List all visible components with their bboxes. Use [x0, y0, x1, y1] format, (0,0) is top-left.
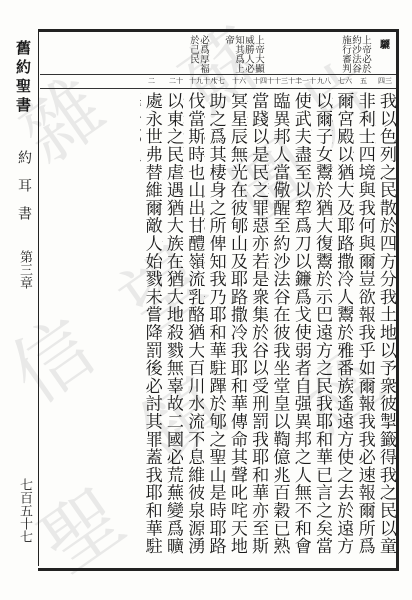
verse-marker: 十九十八	[189, 78, 217, 85]
header-note-line: 上帝大顯	[253, 35, 263, 79]
text-column: 爾宮殿以猶大及耶路撒冷人鬻於雅番族遙遠方使之去於遠方我必使之旋歸報爾所爲	[332, 92, 353, 562]
header-notes: 驪 上帝必於 約沙法谷 施行審判 上帝大顯 威勝人必 知其爲上 帝 必爲厚福 於…	[40, 32, 394, 76]
header-note: 必爲厚福 於己民	[188, 35, 208, 79]
verse-marker: 二十	[169, 78, 183, 85]
text-column: 臨異邦人當儆醒至約沙法谷在彼我坐堂皇以鞫億兆百穀已熟當刈以鐮酒醡已盈巨盎將溢	[268, 92, 289, 562]
text-column: 冥星辰無光在彼郇山及耶路撒冷我耶和華傳命其聲叱咤天地震動維彼選民以色列族我輔	[226, 92, 247, 562]
header-note-line: 威勝人必	[243, 35, 253, 79]
text-column: 我以色列之民散於四方分我土地以予衆彼掣籤得我之民以童易妓以女易酒	[375, 92, 396, 562]
verse-marker: 七六	[338, 78, 352, 85]
header-note-line: 上帝必於	[360, 35, 370, 79]
header-note: 上帝必於 約沙法谷 施行審判	[340, 35, 370, 79]
verse-marker: 十六	[232, 78, 246, 85]
verse-marker: 九八	[317, 78, 331, 85]
verse-marker: 五	[360, 78, 367, 85]
header-note-line: 必爲厚福	[198, 35, 208, 79]
header-note-line: 知其爲上	[233, 35, 243, 79]
chapter-label: 第三章	[12, 250, 34, 289]
text-column: 使武夫盡至以犂爲刀以鐮爲戈使弱者自强異邦之人無不和會其至甚速耶和華之武士亦必偕	[290, 92, 311, 562]
book-name: 約耳書	[12, 150, 34, 234]
header-note: 上帝大顯 威勝人必 知其爲上 帝	[223, 35, 263, 79]
verse-marker: 二	[148, 78, 155, 85]
text-column: 以東之民虐遇猶大族在猶大地殺戮無辜故二國必荒蕪變爲曠野惟猶大及耶路撒冷有民居	[162, 92, 183, 562]
header-note-line: 施行審判	[340, 35, 350, 79]
header-note-line: 約沙法谷	[350, 35, 360, 79]
text-column: 助之爲其棲身之所俾知我乃耶和華駐蹕於郇之聖山是時耶路撒冷必爲聖邑異邦人不復侵	[204, 92, 225, 562]
header-note-line: 於己民	[188, 35, 198, 79]
text-column: 伐當斯時也山出甘醴嶺流乳酪猶大百川水流不息維彼泉源湧於我殿灌澱矢亭之谷昔埃及	[183, 92, 204, 562]
body-top-rule	[40, 88, 396, 89]
page-number: 七百五十七	[12, 478, 34, 543]
verse-marker: 四三	[378, 78, 392, 85]
corner-label: 驪	[380, 36, 390, 51]
scripture-text: 我以色列之民散於四方分我土地以予衆彼掣籤得我之民以童易妓以女易酒 非利士四境與我…	[140, 92, 396, 562]
text-column: 處永世弗替維爾敵人始戮未嘗降罰後必討其罪蓋我耶和華駐蹕於郇邑	[140, 92, 161, 562]
text-column: 當踐以是民之罪惡亦若是衆集於谷以受刑罰我耶和華亦至斯谷降災於衆其日伊邇日月晦	[247, 92, 268, 562]
margin-rule	[38, 29, 39, 566]
verse-marker: 十四十	[253, 78, 274, 85]
text-column: 以爾子女鬻於猶大復鬻於示巴遠方之民我耶和華已言之矣當告異邦之人曰興干戈募猛士	[311, 92, 332, 562]
book-collection-title: 舊約聖書	[10, 40, 34, 116]
header-rule	[40, 74, 396, 75]
verse-marker-row: 四三 五 七六 九八 十一十 十三十二 十四十 十六 十七 十九十八 二十 二	[140, 78, 396, 88]
verse-marker: 十三十二	[274, 78, 302, 85]
text-column: 非利士四境與我何與爾豈欲報我乎如爾報我我必速報爾所爲爾刼我金銀奪我珍器入	[353, 92, 374, 562]
header-note-line: 帝	[223, 35, 233, 79]
